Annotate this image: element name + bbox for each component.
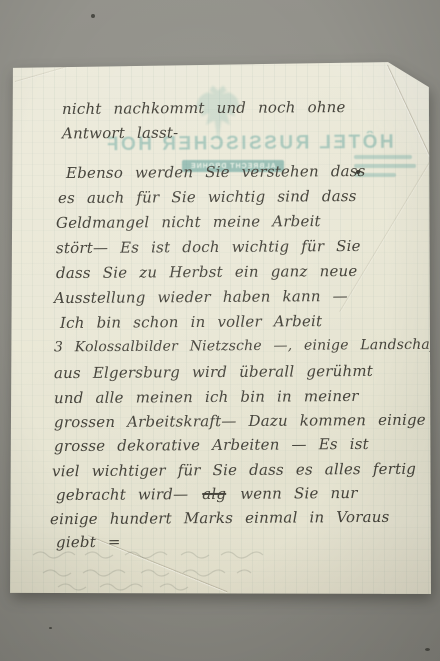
handwriting-line: 3 Kolossalbilder Nietzsche —, einige Lan… — [54, 337, 440, 356]
letter-page: HÔTEL RUSSISCHER HOF ALBRECHT DROHNE nic… — [10, 61, 431, 594]
dust-speck — [425, 648, 430, 651]
crease-line — [15, 66, 68, 83]
handwriting-line: stört— Es ist doch wichtig für Sie — [56, 237, 361, 257]
ink-showthrough — [28, 545, 378, 591]
dust-speck — [49, 627, 52, 629]
handwriting-line-with-strikeout: gebracht wird— alg wenn Sie nur — [56, 484, 358, 504]
handwriting-line: viel wichtiger für Sie dass es alles fer… — [52, 460, 416, 481]
handwriting-line: Antwort lasst- — [62, 124, 179, 143]
handwriting-line: Geldmangel nicht meine Arbeit — [56, 212, 321, 232]
photo-backdrop: HÔTEL RUSSISCHER HOF ALBRECHT DROHNE nic… — [0, 0, 440, 661]
strike-line-post: wenn Sie nur — [240, 484, 358, 503]
letterhead-address-line — [354, 155, 412, 159]
handwriting-line: Ich bin schon in voller Arbeit — [60, 312, 322, 332]
strike-line-pre: gebracht wird— — [56, 485, 188, 504]
strikethrough-word: alg — [202, 485, 226, 503]
handwriting-line: und alle meinen ich bin in meiner — [54, 387, 359, 407]
handwriting-line: aus Elgersburg wird überall gerühmt — [54, 362, 373, 382]
dust-speck — [91, 14, 95, 18]
handwriting-line: Ausstellung wieder haben kann — — [54, 287, 348, 307]
handwriting-line: einige hundert Marks einmal in Voraus — [50, 508, 390, 528]
handwriting-line: es auch für Sie wichtig sind dass — [58, 187, 357, 207]
handwriting-line: dass Sie zu Herbst ein ganz neue — [56, 262, 358, 282]
handwriting-line: grosse dekorative Arbeiten — Es ist — [54, 435, 369, 455]
handwriting-line: Ebenso werden Sie verstehen dass — [66, 162, 366, 182]
handwriting-line: nicht nachkommt und noch ohne — [62, 98, 346, 118]
handwriting-line: grossen Arbeitskraft— Dazu kommen einige — [54, 411, 426, 432]
ink-speck — [356, 170, 360, 174]
